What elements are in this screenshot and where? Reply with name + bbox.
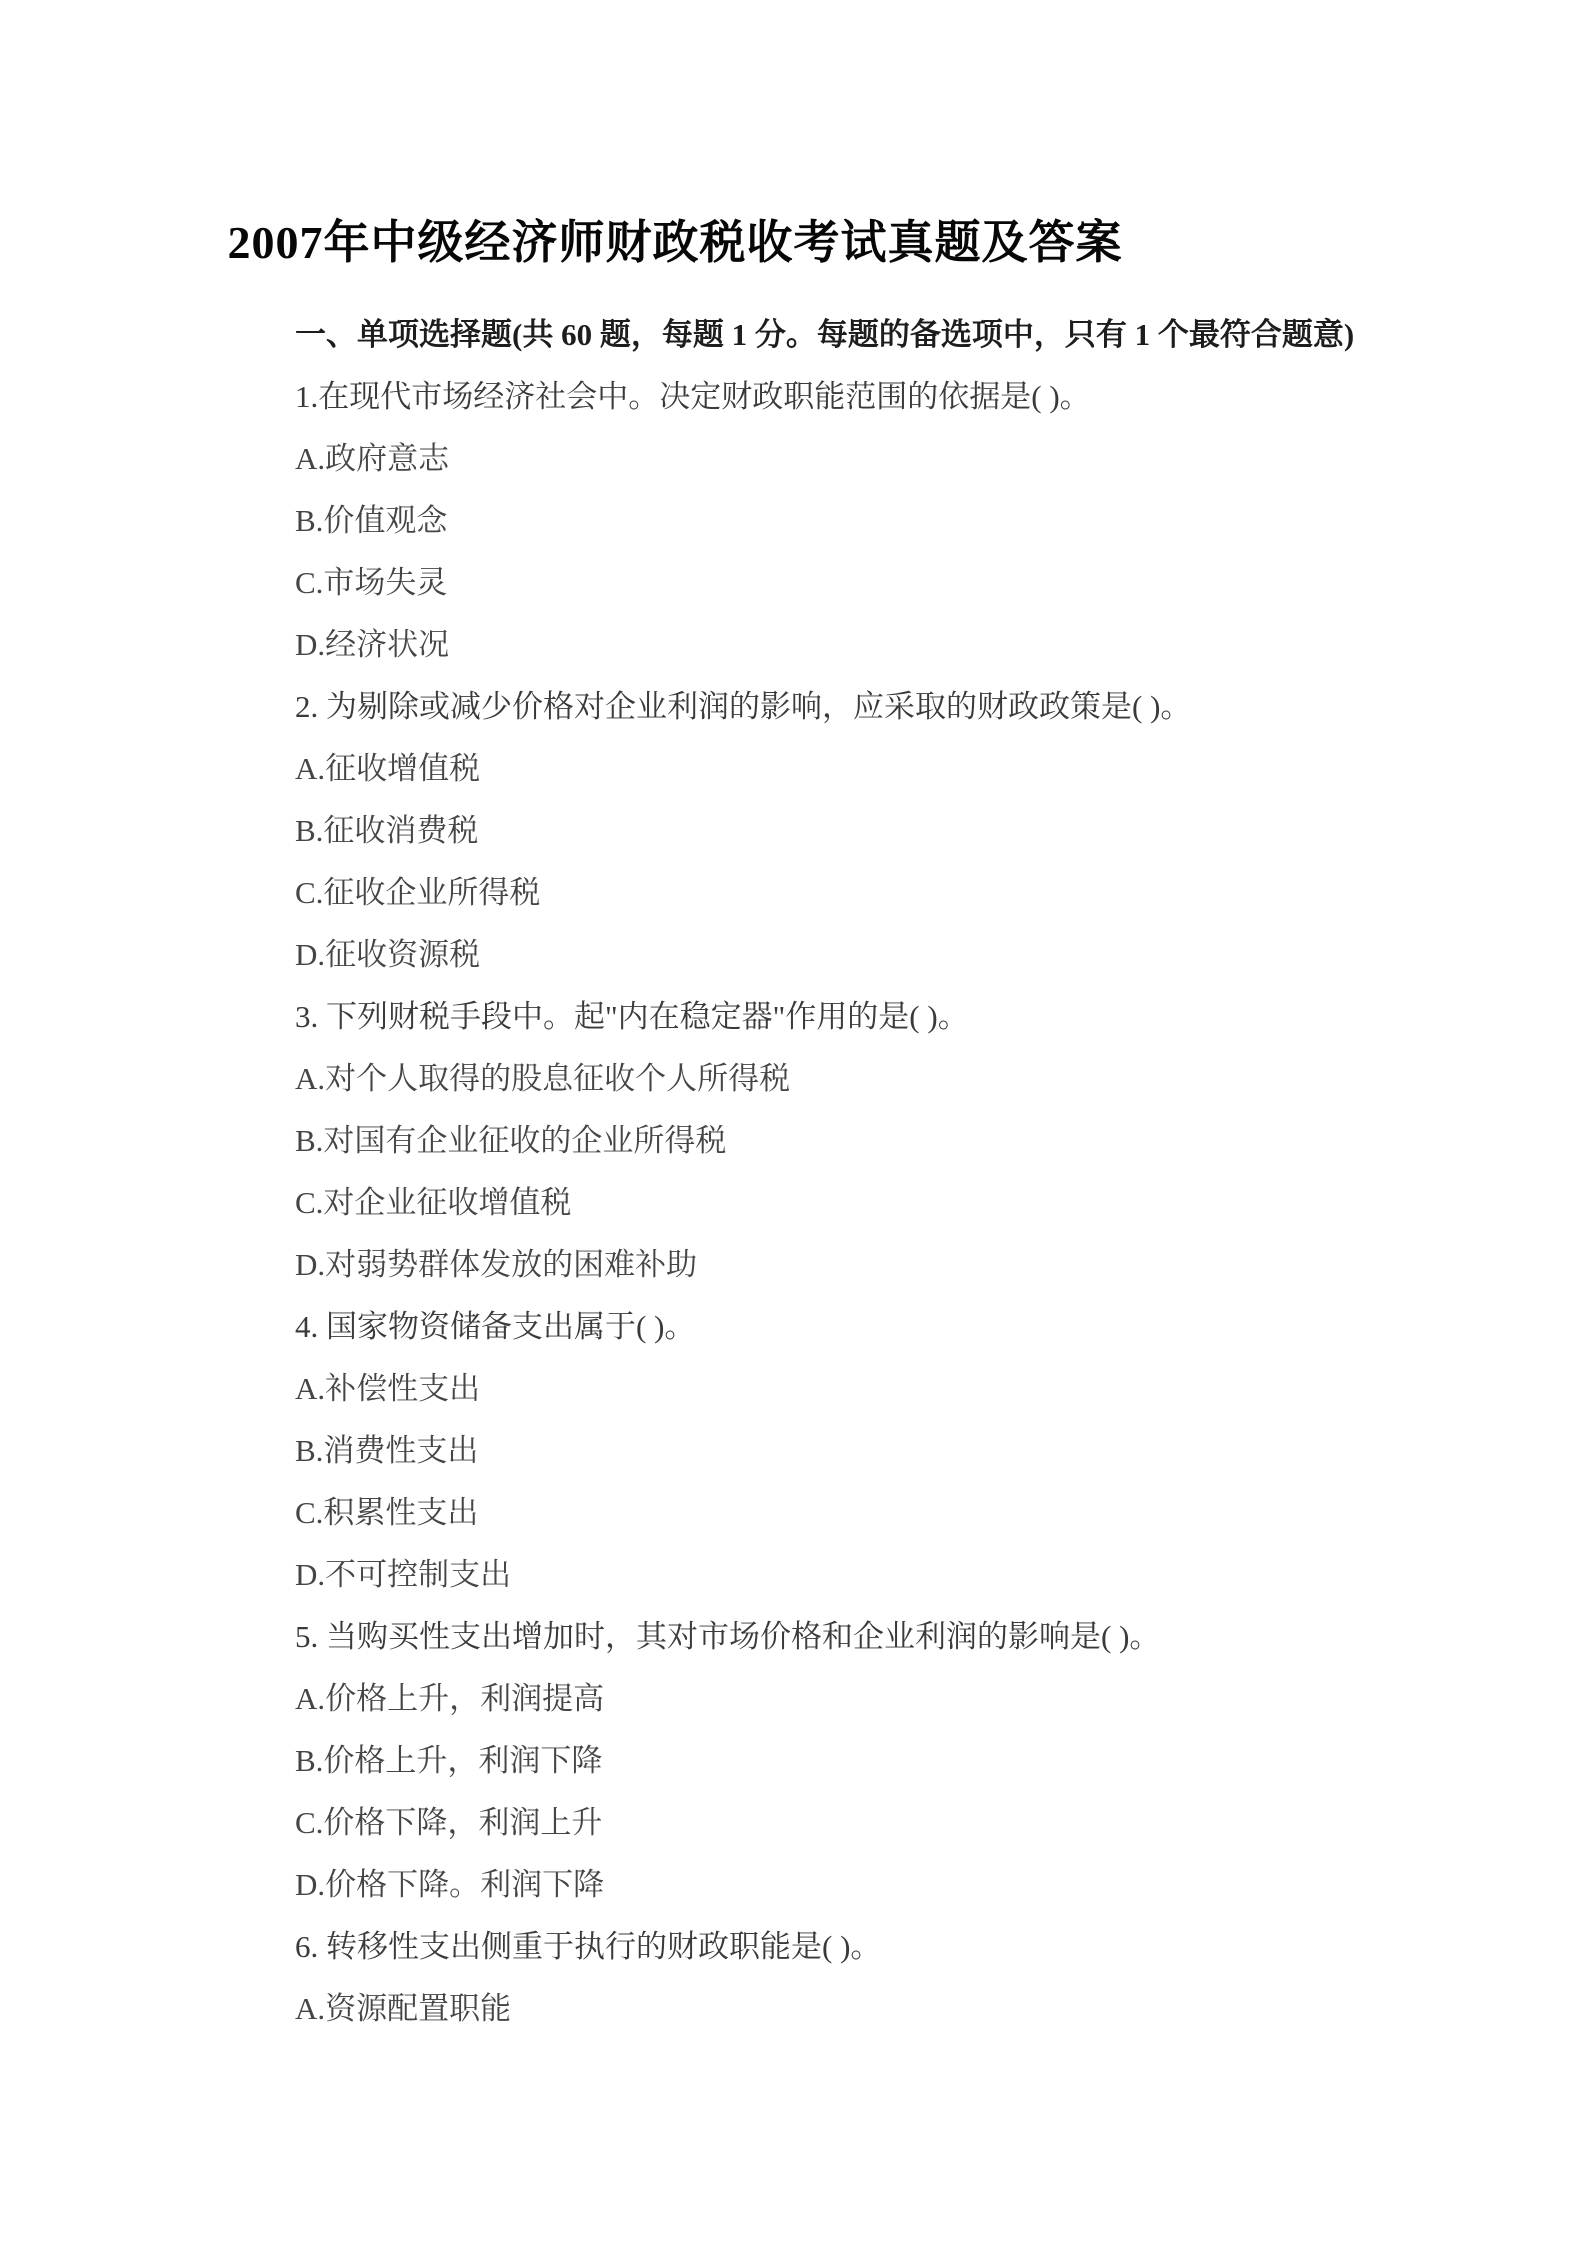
question-1-option-a: A.政府意志 (295, 428, 1395, 490)
question-1-stem: 1.在现代市场经济社会中。决定财政职能范围的依据是( )。 (295, 366, 1395, 428)
question-5-stem: 5. 当购买性支出增加时，其对市场价格和企业利润的影响是( )。 (295, 1606, 1395, 1668)
question-2-option-d: D.征收资源税 (295, 924, 1395, 986)
question-2-option-c: C.征收企业所得税 (295, 862, 1395, 924)
question-4-stem: 4. 国家物资储备支出属于( )。 (295, 1296, 1395, 1358)
question-6-stem: 6. 转移性支出侧重于执行的财政职能是( )。 (295, 1916, 1395, 1978)
question-3-option-b: B.对国有企业征收的企业所得税 (295, 1110, 1395, 1172)
question-3-stem: 3. 下列财税手段中。起"内在稳定器"作用的是( )。 (295, 986, 1395, 1048)
document-page: 2007年中级经济师财政税收考试真题及答案 一、单项选择题(共 60 题，每题 … (0, 0, 1586, 2244)
document-content: 2007年中级经济师财政税收考试真题及答案 一、单项选择题(共 60 题，每题 … (0, 0, 1435, 2040)
question-2-option-b: B.征收消费税 (295, 800, 1395, 862)
question-4-option-b: B.消费性支出 (295, 1420, 1395, 1482)
question-5-option-d: D.价格下降。利润下降 (295, 1854, 1395, 1916)
question-1-option-d: D.经济状况 (295, 614, 1395, 676)
question-1-option-c: C.市场失灵 (295, 552, 1395, 614)
question-2-option-a: A.征收增值税 (295, 738, 1395, 800)
question-5-option-a: A.价格上升，利润提高 (295, 1668, 1395, 1730)
question-2-stem: 2. 为剔除或减少价格对企业利润的影响，应采取的财政政策是( )。 (295, 676, 1395, 738)
question-5-option-b: B.价格上升，利润下降 (295, 1730, 1395, 1792)
question-3-option-d: D.对弱势群体发放的困难补助 (295, 1234, 1395, 1296)
question-5-option-c: C.价格下降，利润上升 (295, 1792, 1395, 1854)
question-4-option-a: A.补偿性支出 (295, 1358, 1395, 1420)
question-4-option-d: D.不可控制支出 (295, 1544, 1395, 1606)
question-6-option-a: A.资源配置职能 (295, 1978, 1395, 2040)
question-3-option-a: A.对个人取得的股息征收个人所得税 (295, 1048, 1395, 1110)
question-3-option-c: C.对企业征收增值税 (295, 1172, 1395, 1234)
question-1-option-b: B.价值观念 (295, 490, 1395, 552)
section-header: 一、单项选择题(共 60 题，每题 1 分。每题的备选项中，只有 1 个最符合题… (295, 304, 1395, 366)
question-4-option-c: C.积累性支出 (295, 1482, 1395, 1544)
document-title: 2007年中级经济师财政税收考试真题及答案 (175, 212, 1175, 274)
